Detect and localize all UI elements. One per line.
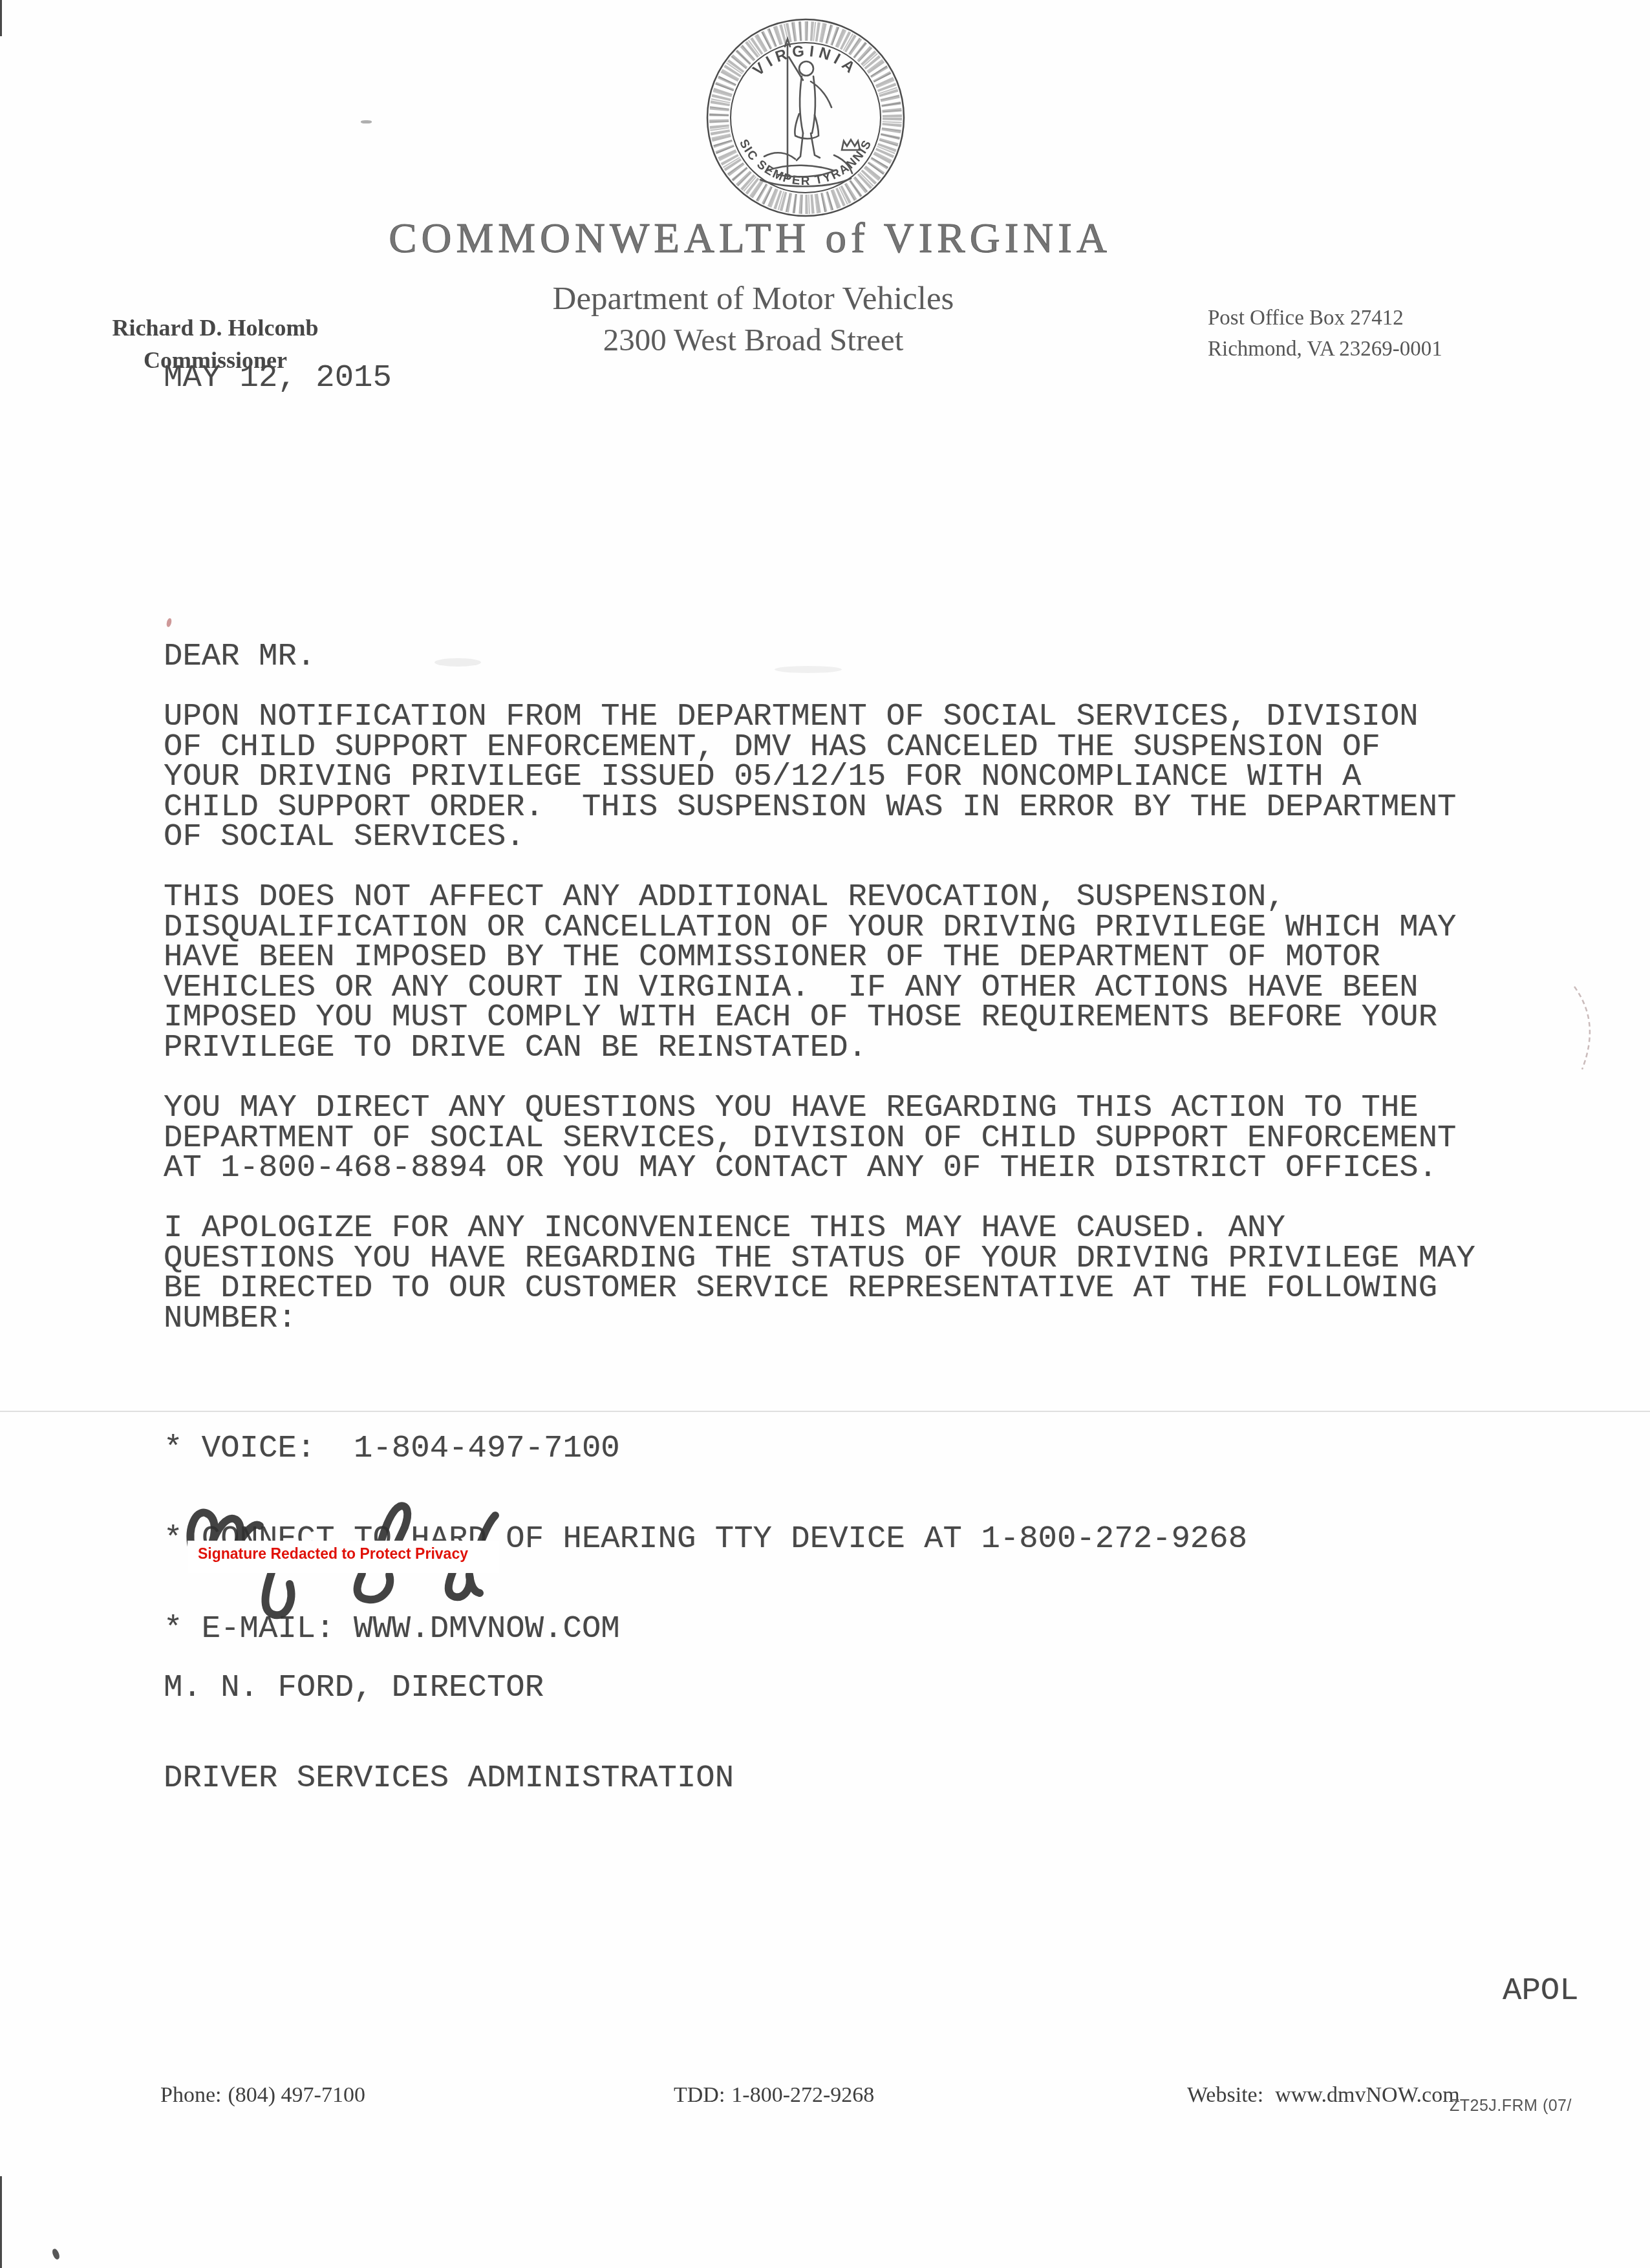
department-address-block: Department of Motor Vehicles 2300 West B…	[517, 278, 989, 361]
paragraph-questions-contact: YOU MAY DIRECT ANY QUESTIONS YOU HAVE RE…	[164, 1093, 1457, 1183]
signature-redaction-notice: Signature Redacted to Protect Privacy	[198, 1545, 468, 1563]
paragraph-apology: I APOLOGIZE FOR ANY INCONVENIENCE THIS M…	[164, 1213, 1475, 1333]
letter-date: MAY 12, 2015	[164, 359, 392, 396]
virginia-state-seal: VIRGINIA SIC SEMPER TYRANNIS	[705, 17, 906, 219]
form-reference-number: ZT25J.FRM (07/	[1450, 2097, 1572, 2115]
street-address: 2300 West Broad Street	[517, 319, 989, 361]
scan-arc-artifact	[1568, 983, 1600, 1073]
city-state-zip-line: Richmond, VA 23269-0001	[1208, 334, 1442, 365]
po-box-block: Post Office Box 27412 Richmond, VA 23269…	[1208, 303, 1442, 365]
footer-phone: Phone:(804) 497-7100	[160, 2083, 365, 2108]
footer-tdd-value: 1-800-272-9268	[731, 2083, 874, 2107]
scanned-letter-page: VIRGINIA SIC SEMPER TYRANNIS COMMONWEALT…	[0, 0, 1650, 2268]
signer-block: M. N. FORD, DIRECTOR DRIVER SERVICES ADM…	[164, 1612, 734, 1853]
footer-tdd-label: TDD:	[674, 2083, 725, 2107]
department-name: Department of Motor Vehicles	[517, 278, 989, 319]
scan-smudge	[434, 658, 481, 667]
footer-phone-value: (804) 497-7100	[228, 2083, 365, 2107]
bullet-voice: * VOICE: 1-804-497-7100	[164, 1433, 1247, 1464]
footer-website-label: Website:	[1187, 2083, 1263, 2107]
footer-website: Website:www.dmvNOW.com	[1187, 2083, 1460, 2108]
scan-smudge	[775, 666, 842, 673]
footer-phone-label: Phone:	[160, 2083, 221, 2107]
commissioner-name: Richard D. Holcomb	[76, 312, 354, 344]
footer-tdd: TDD:1-800-272-9268	[674, 2083, 874, 2108]
paragraph-suspension-canceled: UPON NOTIFICATION FROM THE DEPARTMENT OF…	[164, 701, 1457, 852]
form-code: APOL	[1503, 1976, 1579, 2006]
signer-name-title: M. N. FORD, DIRECTOR	[164, 1673, 734, 1703]
scan-speck	[361, 120, 372, 123]
scan-edge-strip-top	[0, 0, 2, 36]
scan-speck	[166, 617, 172, 627]
paragraph-other-actions: THIS DOES NOT AFFECT ANY ADDITIONAL REVO…	[164, 882, 1457, 1062]
footer-website-value: www.dmvNOW.com	[1275, 2083, 1460, 2107]
commonwealth-title: COMMONWEALTH of VIRGINIA	[284, 215, 1216, 263]
signer-division: DRIVER SERVICES ADMINISTRATION	[164, 1763, 734, 1793]
salutation: DEAR MR.	[164, 641, 316, 672]
po-box-line: Post Office Box 27412	[1208, 303, 1442, 334]
scan-speck	[51, 2248, 61, 2260]
scan-edge-strip-bottom	[0, 2176, 2, 2268]
